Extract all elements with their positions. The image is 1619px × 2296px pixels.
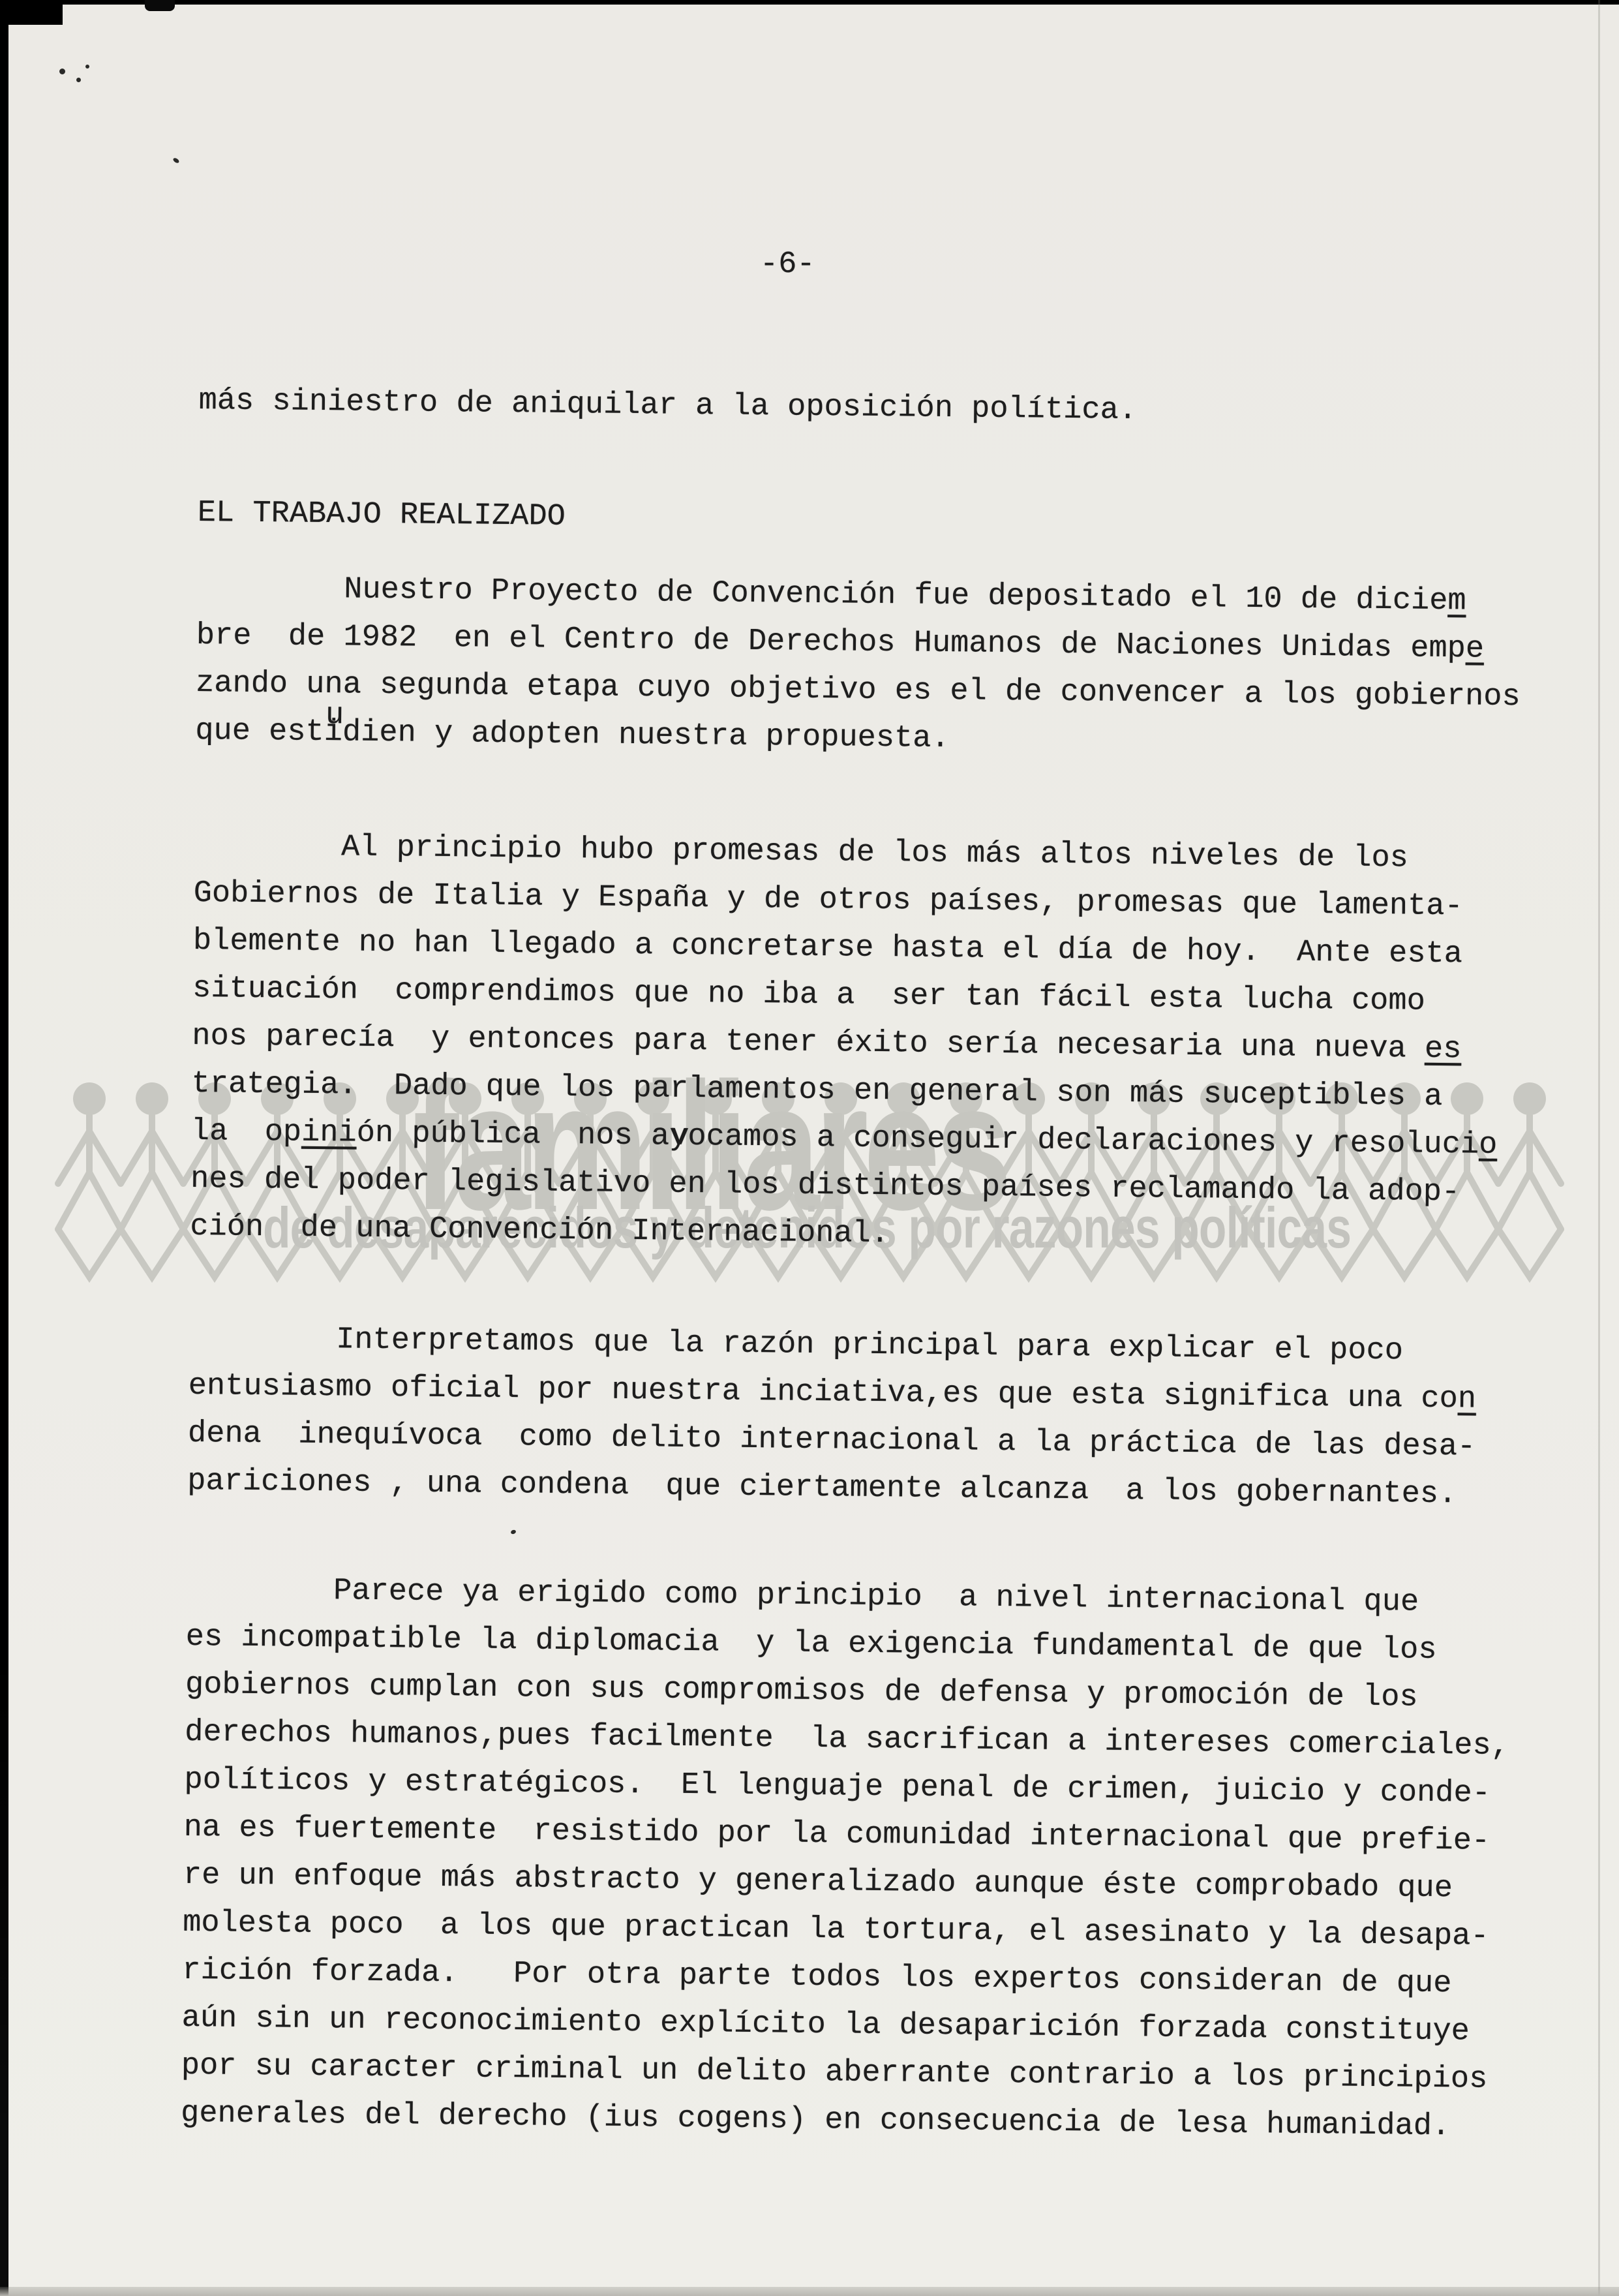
scan-speckle [172, 157, 180, 164]
text-run: aún sin un reconocimiento explícito la d… [181, 2001, 1470, 2049]
text-run: na es fuertemente resistido por la comun… [183, 1811, 1490, 1859]
text-run: trategia. Dado que los parlamentos en ge… [191, 1067, 1442, 1114]
text-run: blemente no han llegado a concretarse ha… [193, 924, 1463, 972]
document-body: más siniestro de aniquilar a la oposició… [181, 377, 1569, 2152]
scan-edge-top [0, 0, 1619, 5]
text-line: más siniestro de aniquilar a la oposició… [198, 377, 1569, 439]
opening-line: más siniestro de aniquilar a la oposició… [198, 377, 1569, 439]
text-run: dena inequívoca como delito internaciona… [188, 1416, 1476, 1465]
text-run: Al principio hubo promesas de los más al… [194, 829, 1408, 876]
scanned-document-screenshot: { "colors": { "paper": "#edebe6", "ink":… [0, 0, 1619, 2296]
text-run: Interpretamos que la razón principal par… [189, 1321, 1403, 1368]
paragraph-4: Parece ya erigido como principio a nivel… [181, 1566, 1556, 2152]
text-run: es [1425, 1032, 1462, 1067]
text-run: la op [191, 1114, 302, 1150]
overtyped-char: iu [324, 709, 342, 756]
text-run: Gobiernos de Italia y España y de otros … [193, 876, 1463, 924]
text-run: Nuestro Proyecto de Convención fue depos… [196, 571, 1447, 619]
text-run: EL TRABAJO REALIZADO [198, 496, 566, 534]
text-run: generales del derecho (ius cogens) en co… [181, 2096, 1451, 2144]
text-run: nos parecía y entonces para tener éxito … [192, 1019, 1425, 1067]
scan-speckle [59, 69, 65, 74]
scan-speckle [85, 65, 89, 69]
text-run: ini [301, 1116, 357, 1151]
text-run: Parece ya erigido como principio a nivel… [186, 1572, 1419, 1620]
text-run: gobiernos cumplan con sus compromisos de… [185, 1668, 1418, 1715]
text-run: m [1447, 584, 1466, 619]
text-run: más siniestro de aniquilar a la oposició… [198, 384, 1137, 428]
text-run: entusiasmo oficial por nuestra inciativa… [189, 1369, 1459, 1416]
text-run: nes del poder legislativo en los distint… [190, 1162, 1460, 1210]
text-run: re un enfoque más abstracto y generaliza… [183, 1858, 1453, 1906]
document-page: familiares de desaparecidos y detenidos … [8, 5, 1619, 2296]
page-number: -6- [760, 241, 815, 288]
scan-notch [145, 0, 175, 11]
paper-edge-right [1598, 0, 1600, 2296]
text-run: n [1458, 1382, 1477, 1416]
paragraph-3: Interpretamos que la razón principal par… [187, 1315, 1559, 1520]
text-run: zando una segunda etapa cuyo objetivo es… [196, 666, 1521, 714]
paper-edge-bottom [0, 2287, 1619, 2296]
text-run: es incompatible la diplomacia y la exige… [185, 1620, 1436, 1668]
text-run: situación comprendimos que no iba a ser … [192, 972, 1425, 1019]
text-run: por su caracter criminal un delito aberr… [181, 2049, 1488, 2097]
text-run: políticos y estratégicos. El lenguaje pe… [184, 1763, 1490, 1811]
text-run: o [1479, 1128, 1498, 1163]
text-run: ocamos a conseguir declaraciones y resol… [688, 1120, 1479, 1163]
text-run: e [1466, 632, 1485, 666]
paragraph-1: Nuestro Proyecto de Convención fue depos… [195, 564, 1567, 769]
scan-speckle [76, 78, 81, 82]
section-heading: EL TRABAJO REALIZADO [197, 489, 1567, 551]
text-run: pariciones , una condena que ciertamente… [187, 1464, 1457, 1512]
text-line: EL TRABAJO REALIZADO [197, 489, 1567, 551]
text-run: dien y adopten nuestra propuesta. [342, 715, 950, 756]
overtyped-char: yv [669, 1113, 688, 1161]
text-run: ón pública nos a [356, 1116, 669, 1154]
text-run: derechos humanos,pues facilmente la sacr… [185, 1715, 1509, 1764]
scan-corner-top-left [0, 0, 63, 25]
text-run: ción de una Convención Internacional. [190, 1210, 889, 1251]
text-run: bre de 1982 en el Centro de Derechos Hum… [196, 619, 1466, 666]
paragraph-2: Al principio hubo promesas de los más al… [190, 822, 1564, 1265]
text-run: molesta poco a los que practican la tort… [183, 1906, 1489, 1954]
text-run: que est [195, 714, 324, 750]
text-run: rición forzada. Por otra parte todos los… [182, 1953, 1452, 2001]
scan-edge-left [0, 0, 8, 2296]
